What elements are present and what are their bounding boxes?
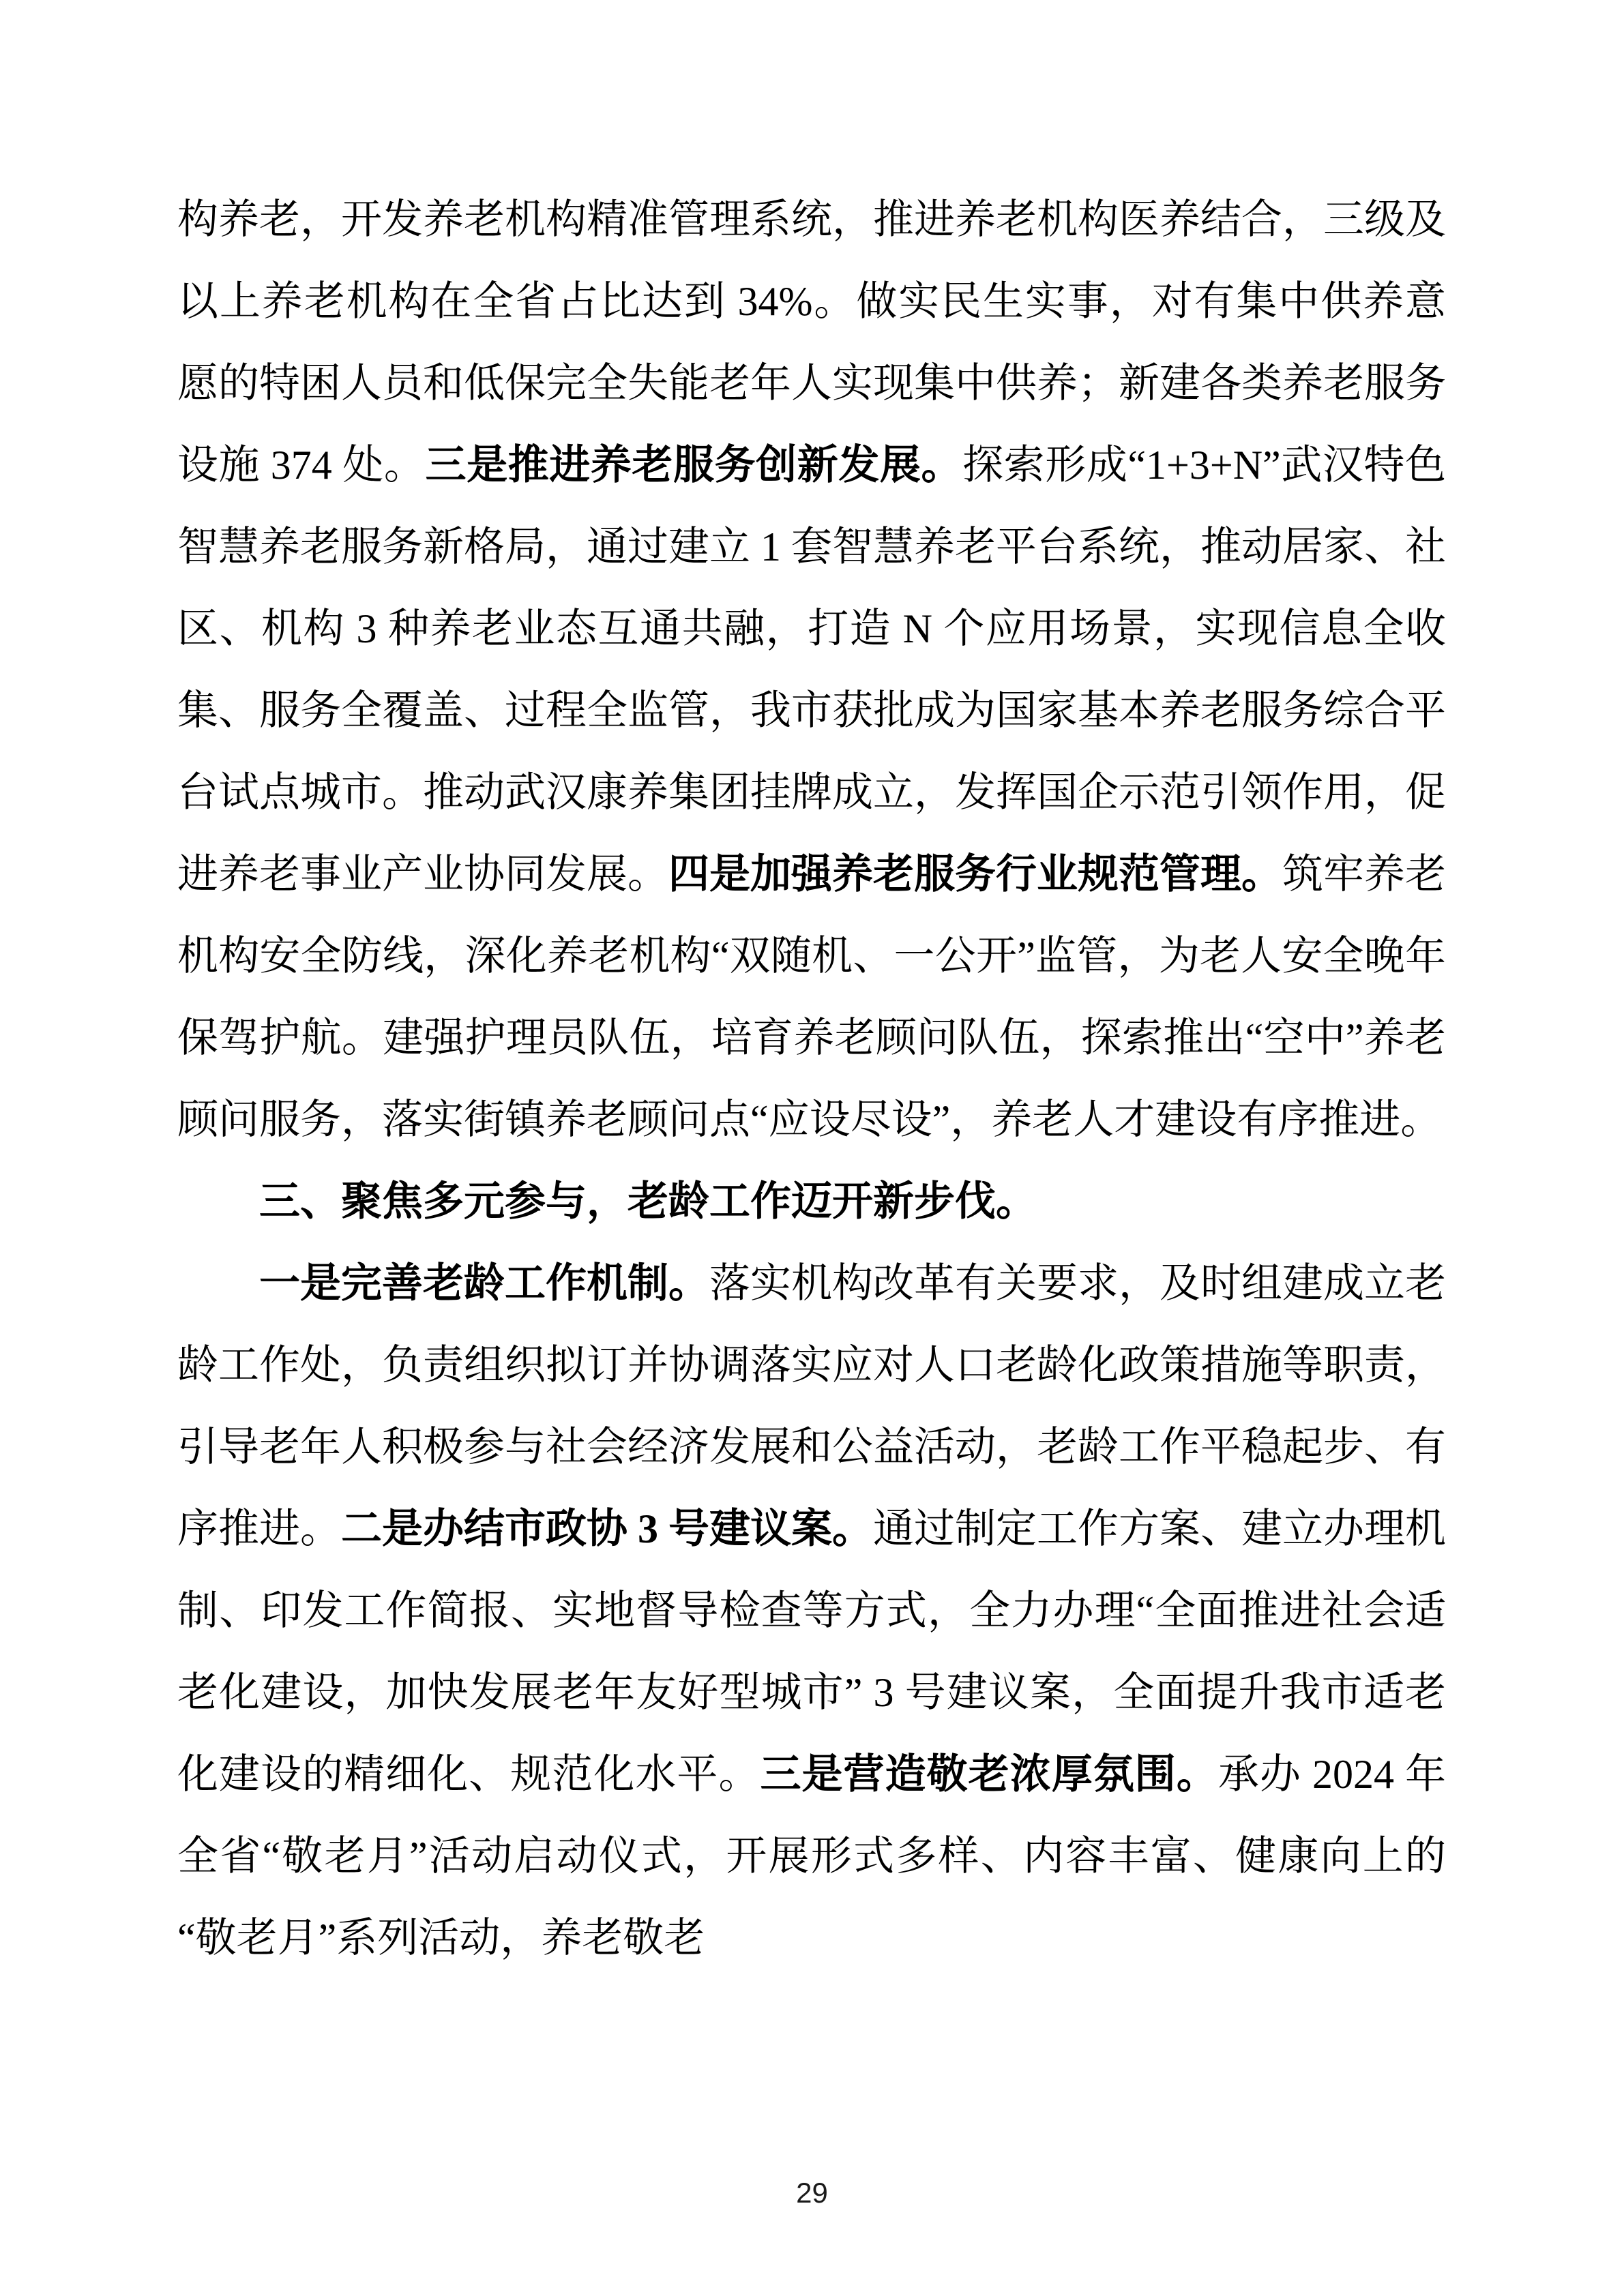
document-body: 构养老，开发养老机构精准管理系统，推进养老机构医养结合，三级及以上养老机构在全省… — [177, 179, 1446, 1979]
text-run-bold-lead: 二是办结市政协 3 号建议案。 — [341, 1506, 873, 1551]
section-heading-text: 三、聚焦多元参与，老龄工作迈开新步伐。 — [259, 1179, 1037, 1224]
text-run-bold-lead: 三是营造敬老浓厚氛围。 — [760, 1752, 1217, 1797]
page-number: 29 — [0, 2173, 1624, 2213]
document-page: 构养老，开发养老机构精准管理系统，推进养老机构医养结合，三级及以上养老机构在全省… — [0, 0, 1624, 2296]
section-heading: 三、聚焦多元参与，老龄工作迈开新步伐。 — [177, 1161, 1446, 1242]
text-run-bold-lead: 四是加强养老服务行业规范管理。 — [668, 852, 1282, 897]
text-run: 探索形成“1+3+N”武汉特色智慧养老服务新格局，通过建立 1 套智慧养老平台系… — [177, 443, 1446, 897]
text-run-bold-lead: 一是完善老龄工作机制。 — [259, 1261, 709, 1306]
text-run-bold-lead: 三是推进养老服务创新发展。 — [426, 443, 963, 488]
paragraph-continuation: 构养老，开发养老机构精准管理系统，推进养老机构医养结合，三级及以上养老机构在全省… — [177, 179, 1446, 1161]
paragraph-body: 一是完善老龄工作机制。落实机构改革有关要求，及时组建成立老龄工作处，负责组织拟订… — [177, 1242, 1446, 1979]
